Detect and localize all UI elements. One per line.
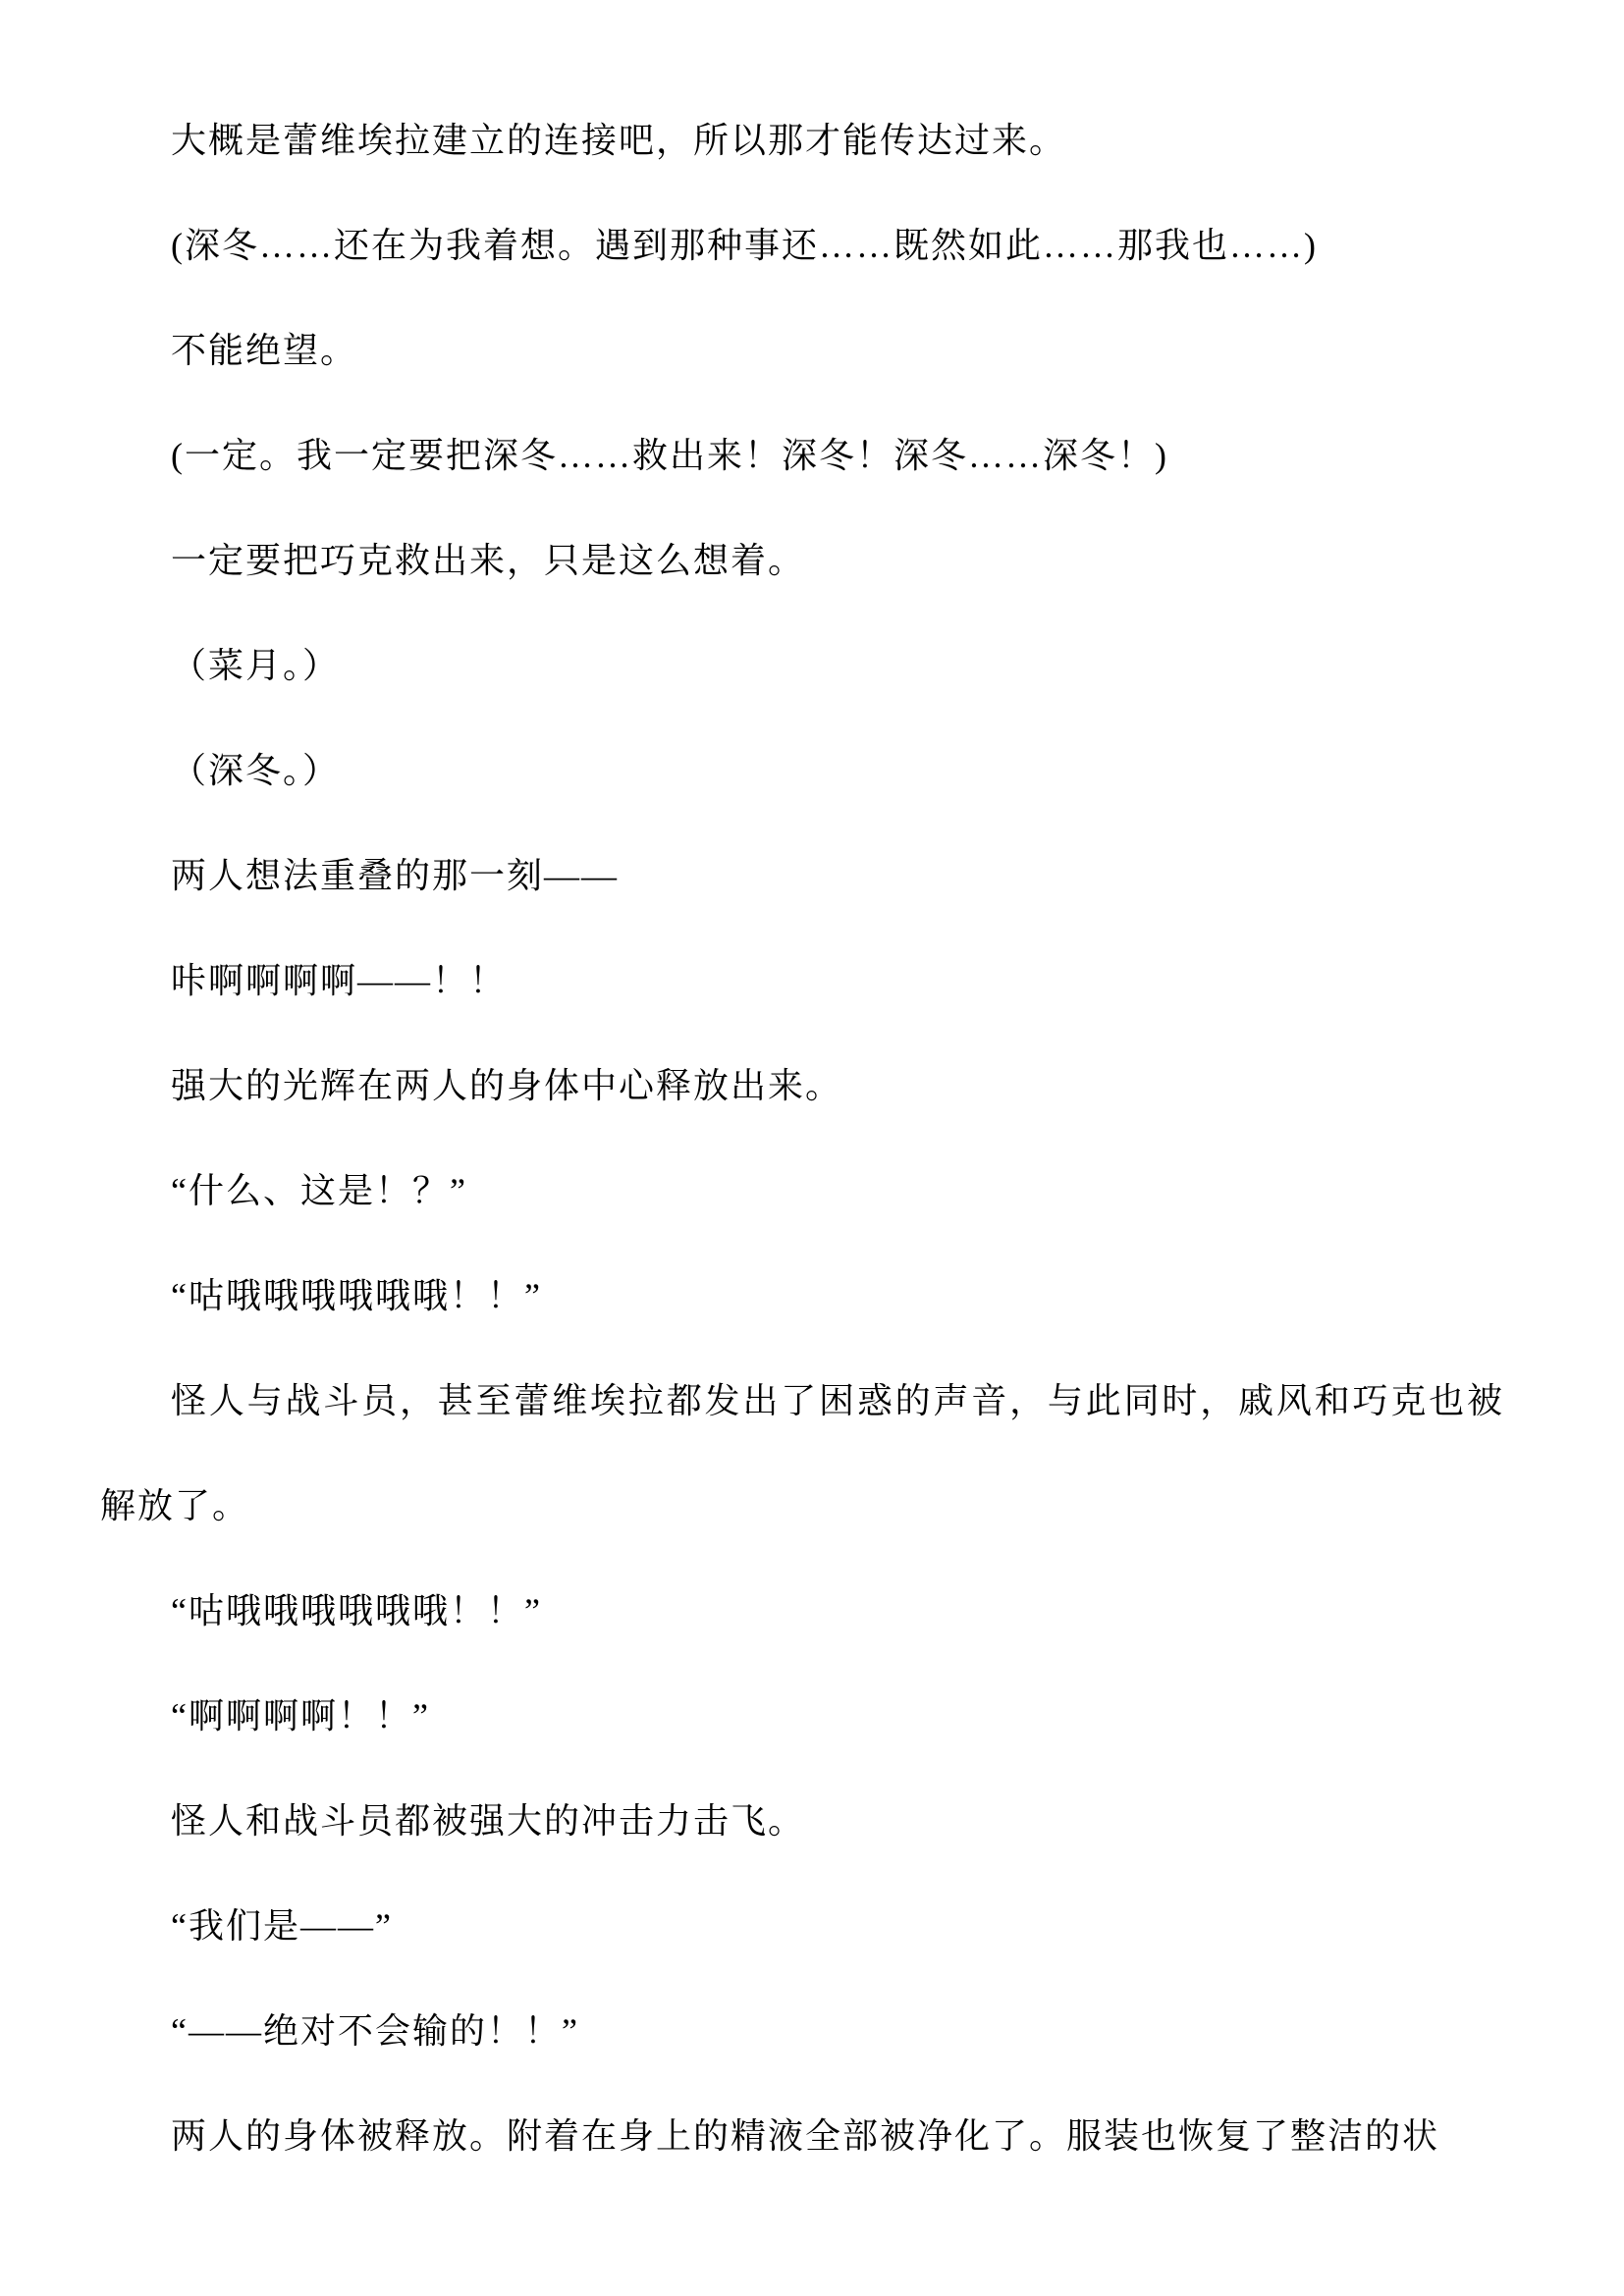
paragraph: 怪人与战斗员，甚至蕾维埃拉都发出了困惑的声音，与此同时，戚风和巧克也被解放了。: [100, 1349, 1504, 1559]
paragraph: 强大的光辉在两人的身体中心释放出来。: [100, 1034, 1504, 1139]
paragraph: “——绝对不会输的！！”: [100, 1979, 1504, 2084]
paragraph: “什么、这是！？”: [100, 1139, 1504, 1244]
paragraph: 咔啊啊啊啊——！！: [100, 929, 1504, 1034]
document-page: 大概是蕾维埃拉建立的连接吧，所以那才能传达过来。(深冬……还在为我着想。遇到那种…: [0, 0, 1624, 2296]
paragraph: (一定。我一定要把深冬……救出来！深冬！深冬……深冬！): [100, 403, 1504, 508]
paragraph: (深冬……还在为我着想。遇到那种事还……既然如此……那我也……): [100, 193, 1504, 298]
paragraph: 不能绝望。: [100, 298, 1504, 403]
paragraph: 大概是蕾维埃拉建立的连接吧，所以那才能传达过来。: [100, 88, 1504, 193]
paragraph: “咕哦哦哦哦哦哦！！”: [100, 1559, 1504, 1664]
paragraph: （深冬。）: [100, 719, 1504, 824]
paragraph: 一定要把巧克救出来，只是这么想着。: [100, 508, 1504, 614]
paragraph: “啊啊啊啊！！”: [100, 1664, 1504, 1769]
paragraph: 两人的身体被释放。附着在身上的精液全部被净化了。服装也恢复了整洁的状: [100, 2084, 1504, 2189]
paragraph: “我们是——”: [100, 1874, 1504, 1979]
paragraph: 两人想法重叠的那一刻——: [100, 824, 1504, 929]
paragraph: （菜月。）: [100, 614, 1504, 719]
text-body: 大概是蕾维埃拉建立的连接吧，所以那才能传达过来。(深冬……还在为我着想。遇到那种…: [100, 88, 1504, 2189]
paragraph: “咕哦哦哦哦哦哦！！”: [100, 1244, 1504, 1349]
paragraph: 怪人和战斗员都被强大的冲击力击飞。: [100, 1769, 1504, 1874]
